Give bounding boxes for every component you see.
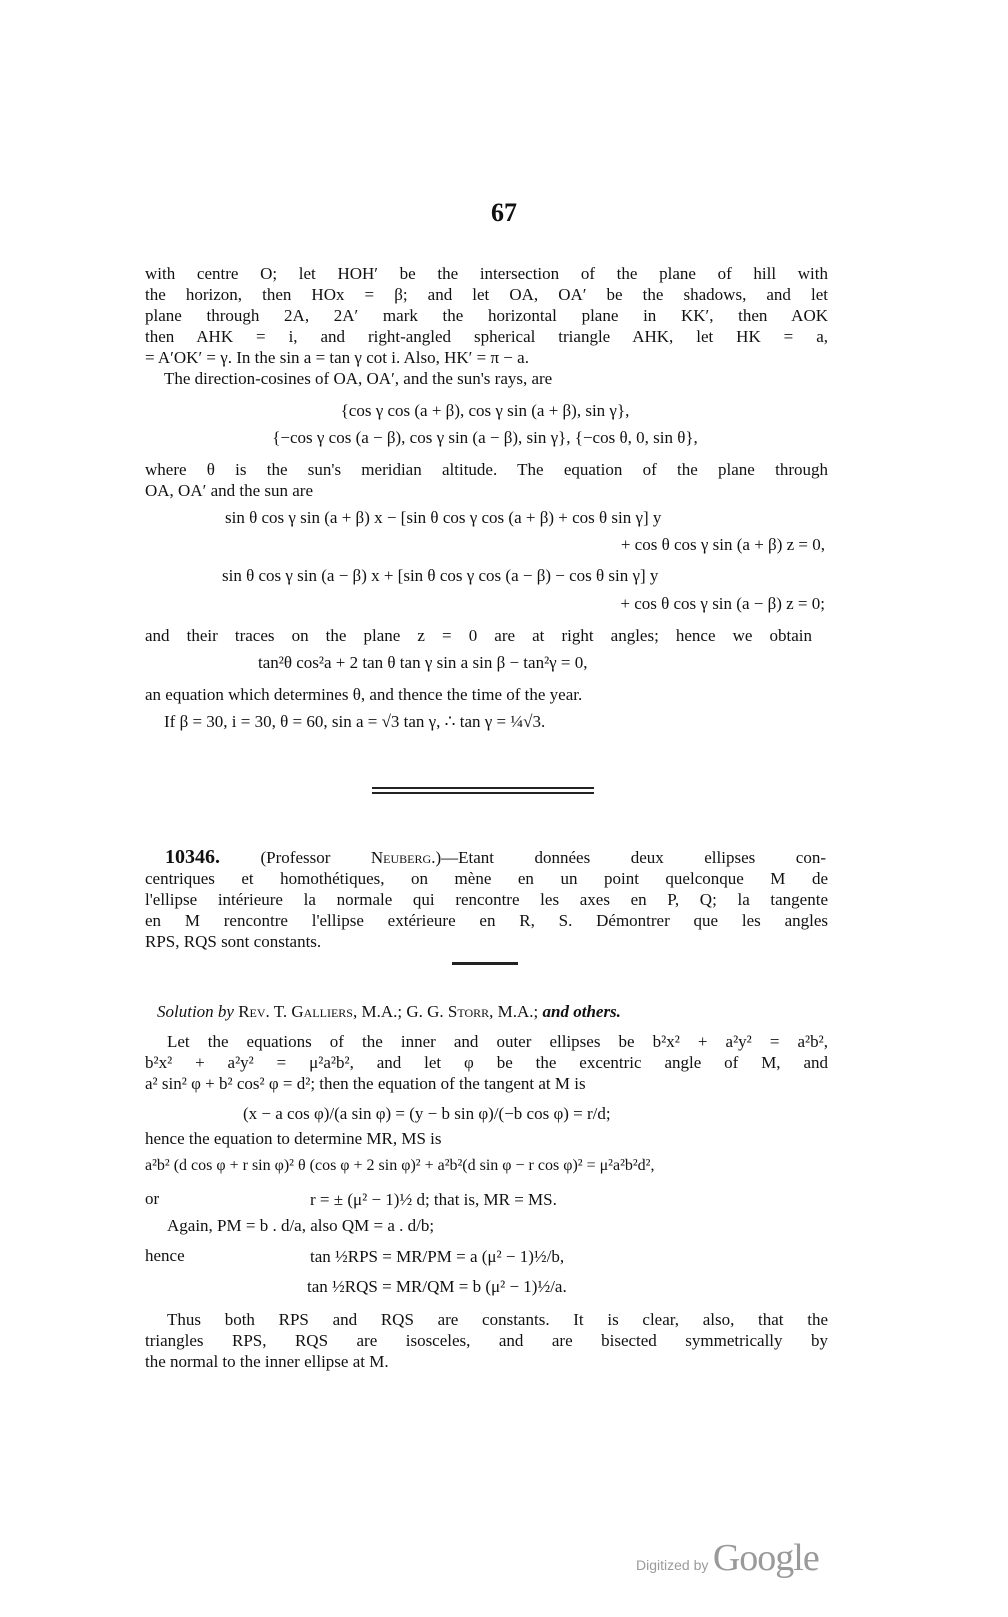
equation: + cos θ cos γ sin (a + β) z = 0, (145, 534, 825, 555)
text-line: the normal to the inner ellipse at M. (145, 1351, 828, 1372)
text-line: l'ellipse intérieure la normale qui renc… (145, 889, 828, 910)
equation: (x − a cos φ)/(a sin φ) = (y − b sin φ)/… (243, 1103, 803, 1124)
text-line: a² sin² φ + b² cos² φ = d²; then the equ… (145, 1073, 828, 1094)
text-line: If β = 30, i = 30, θ = 60, sin a = √3 ta… (164, 711, 847, 732)
google-logo: Google (713, 1537, 819, 1579)
solution-authors: Rev. T. Galliers, M.A.; G. G. Storr, M.A… (238, 1002, 538, 1021)
equation: a²b² (d cos φ + r sin φ)² θ (cos φ + 2 s… (145, 1155, 828, 1176)
section-divider-double (372, 787, 594, 794)
text-line: OA, OA′ and the sun are (145, 480, 828, 501)
text-line: Thus both RPS and RQS are constants. It … (167, 1309, 828, 1330)
equation: sin θ cos γ sin (a − β) x + [sin θ cos γ… (222, 565, 822, 586)
equation-label: hence (145, 1246, 185, 1266)
problem-number: 10346. (165, 846, 220, 868)
text-line: centriques et homothétiques, on mène en … (145, 868, 828, 889)
digitized-by-google-watermark: Digitized by Google (636, 1536, 819, 1580)
proposer-name: Neuberg (371, 848, 431, 867)
text-line: with centre O; let HOH′ be the intersect… (145, 263, 828, 284)
page-number: 67 (0, 198, 1008, 228)
text-line: triangles RPS, RQS are isosceles, and ar… (145, 1330, 828, 1351)
text-line: and their traces on the plane z = 0 are … (145, 625, 812, 646)
text-line: hence the equation to determine MR, MS i… (145, 1128, 828, 1149)
equation: {−cos γ cos (a − β), cos γ sin (a − β), … (145, 427, 825, 448)
equation: r = ± (μ² − 1)½ d; that is, MR = MS. (310, 1189, 810, 1210)
text-line: an equation which determines θ, and then… (145, 684, 828, 705)
equation: {cos γ cos (a + β), cos γ sin (a + β), s… (145, 400, 825, 421)
text-line: Let the equations of the inner and outer… (167, 1031, 828, 1052)
text-line: then AHK = i, and right-angled spherical… (145, 326, 828, 347)
solution-heading: Solution by Rev. T. Galliers, M.A.; G. G… (157, 1001, 840, 1022)
text-line: plane through 2A, 2A′ mark the horizonta… (145, 305, 828, 326)
text-line: where θ is the sun's meridian altitude. … (145, 459, 828, 480)
equation-label: or (145, 1189, 159, 1209)
problem-heading: 10346. (Professor Neuberg.)—Etant donnée… (165, 847, 826, 868)
text-line: en M rencontre l'ellipse extérieure en R… (145, 910, 828, 931)
text-line: the horizon, then HOx = β; and let OA, O… (145, 284, 828, 305)
equation: tan ½RQS = MR/QM = b (μ² − 1)½/a. (307, 1276, 807, 1297)
text-line: Again, PM = b . d/a, also QM = a . d/b; (167, 1215, 850, 1236)
equation: sin θ cos γ sin (a + β) x − [sin θ cos γ… (225, 507, 825, 528)
equation: + cos θ cos γ sin (a − β) z = 0; (145, 593, 825, 614)
section-divider (452, 962, 518, 965)
text-line: = A′OK′ = γ. In the sin a = tan γ cot i.… (145, 347, 828, 368)
text-line: RPS, RQS sont constants. (145, 931, 828, 952)
equation: tan²θ cos²a + 2 tan θ tan γ sin a sin β … (258, 652, 818, 673)
text-line: The direction-cosines of OA, OA′, and th… (164, 368, 825, 389)
equation: tan ½RPS = MR/PM = a (μ² − 1)½/b, (310, 1246, 810, 1267)
text-line: b²x² + a²y² = μ²a²b², and let φ be the e… (145, 1052, 828, 1073)
